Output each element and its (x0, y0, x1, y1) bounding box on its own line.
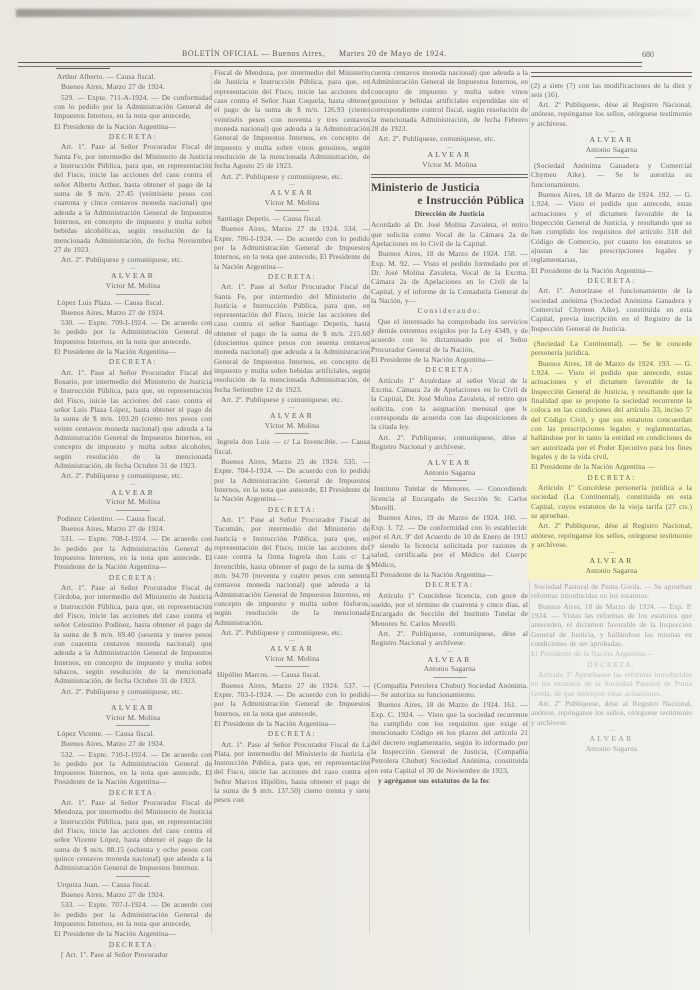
rule-sep (595, 157, 629, 158)
text-paragraph: DECRETA: (531, 276, 692, 285)
text-paragraph: Hipólito Marcos. — Causa fiscal. (214, 670, 370, 679)
text-paragraph: Art. 1º. Pase al Señor Procurador Fiscal… (54, 798, 212, 873)
text-paragraph: Art. 1º. Pase al Señor Procurador Fiscal… (54, 142, 212, 254)
rule-sep (275, 210, 309, 211)
column-2: Fiscal de Mendoza, por intermedio del Mi… (214, 68, 370, 806)
text-paragraph: Art. 1º. Pase al Señor Procurador Fiscal… (214, 740, 370, 805)
text-paragraph: Art. 2º. Publíquese, comuníquese, etc. (371, 134, 528, 143)
signature-name: ALVEAR (371, 655, 528, 665)
text-paragraph: DECRETA: (531, 473, 692, 482)
text-paragraph: Artículo 1º Acuérdase al señor Vocal de … (371, 376, 528, 432)
text-paragraph: DECRETA: (214, 272, 370, 281)
text-paragraph: Que el interesado ha comprobado los serv… (371, 317, 528, 354)
text-paragraph: Art. 2º. Publíquese y comuníquese, etc. (54, 687, 212, 696)
signature-name: ALVEAR (371, 150, 528, 160)
rule-sep (116, 510, 150, 511)
text-paragraph: Art. 1º. Pase al Señor Procurador Fiscal… (54, 583, 212, 686)
text-paragraph: DECRETA: (54, 132, 212, 141)
page-number: 680 (642, 50, 654, 59)
text-paragraph: DECRETA: (371, 580, 528, 589)
text-paragraph: [ Art. 1º. Pase al Señor Procurador (54, 950, 212, 959)
highlighted-entry: (Sociedad La Continental). — Se le conce… (527, 335, 698, 580)
rule-double (371, 174, 528, 179)
signature: —ALVEARVíctor M. Molina (54, 267, 212, 291)
text-paragraph: Buenos Aires, 18 de Marzo de 1924. 193. … (531, 359, 692, 462)
signature-name: ALVEAR (371, 458, 528, 468)
text-paragraph: DECRETA: (214, 729, 370, 738)
text-paragraph: (2) a siete (7) con las modificaciones d… (531, 81, 692, 100)
text-paragraph: Artículo 1º Concédese licencia, con goce… (371, 591, 528, 628)
text-paragraph: Santiago Depetis. — Causa fiscal. (214, 214, 370, 223)
text-paragraph: Art. 1º. Autorízase el funcionamiento de… (531, 286, 692, 333)
rule-sep (116, 725, 150, 726)
text-paragraph: Buenos Aires, Marzo 27 de 1924. 534. — E… (214, 224, 370, 271)
text-paragraph: DECRETA: (54, 788, 212, 797)
text-paragraph: Buenos Aires, 19 de Marzo de 1924. 160. … (371, 513, 528, 569)
signature-secretary: Antonio Sagarna (531, 744, 692, 753)
text-paragraph: Art. 2º Publíquese, dése al Registro Nac… (531, 699, 692, 727)
signature: —ALVEARAntonio Sagarna (531, 551, 692, 575)
rule-sep (433, 480, 467, 481)
text-paragraph: Buenos Aires, Marzo 27 de 1924. (54, 308, 212, 317)
text-paragraph: Acordado al Dr. José Molina Zavaleta, el… (371, 220, 528, 248)
ministry-heading: Ministerio de Justiciae Instrucción Públ… (371, 182, 528, 208)
text-paragraph: Ingrela don Luis — c/ La Invencible. — C… (214, 437, 370, 456)
text-paragraph: DECRETA: (214, 505, 370, 514)
rule-sep (116, 876, 150, 877)
signature-secretary: Víctor M. Molina (54, 281, 212, 290)
signature-name: ALVEAR (214, 411, 370, 421)
text-paragraph: Buenos Aires, Marzo 27 de 1924. (54, 524, 212, 533)
signature: —ALVEARAntonio Sagarna (531, 729, 692, 753)
text-paragraph: Instituto Tutelar de Menores. — Concedie… (371, 484, 528, 512)
text-paragraph: Buenos Aires, Marzo 27 de 1924. (54, 739, 212, 748)
text-paragraph: Considerando: (371, 306, 528, 315)
text-paragraph: El Presidente de la Nación Argentina— (54, 929, 212, 938)
text-paragraph: El Presidente de la Nación Argentina— (214, 719, 370, 728)
signature-name: ALVEAR (54, 703, 212, 713)
signature-secretary: Antonio Sagarna (371, 468, 528, 477)
text-paragraph: Art. 1º. Pase al Señor Procurador Fiscal… (214, 282, 370, 394)
rule-sep (275, 666, 309, 667)
text-paragraph: Art. 2º. Publíquese, comuníquese, dése a… (371, 629, 528, 648)
text-paragraph: Art. 2º. Publíquese y comuníquese, etc. (214, 395, 370, 404)
text-paragraph: El Presidente de la Nación Argentina— (54, 122, 212, 131)
text-paragraph: Podinez Celestino. — Causa fiscal. (54, 514, 212, 523)
text-paragraph: El Presidente de la Nación Argentina— (371, 355, 528, 364)
text-paragraph: DECRETA: (54, 940, 212, 949)
text-paragraph: cuenta centavos moneda nacional) que ade… (371, 68, 528, 133)
text-paragraph: 530. — Expte. 709-I-1924. — De acuerdo c… (54, 318, 212, 346)
text-paragraph: 531. — Expte. 708-I-1924. — De acuerdo c… (54, 534, 212, 571)
gazette-page: BOLETÍN OFICIAL — Buenos Aires,Martes 20… (0, 0, 700, 990)
text-paragraph: Buenos Aires, 18 de Marzo de 1924. 192. … (531, 190, 692, 265)
signature: —ALVEARVíctor M. Molina (214, 639, 370, 663)
text-paragraph: Art. 2º. Publíquese y comuníquese, etc. (54, 255, 212, 264)
text-paragraph: DECRETA: (371, 365, 528, 374)
ministry-heading-line: Ministerio de Justicia (371, 182, 528, 195)
text-paragraph: Urquiza Juan. — Causa fiscal. (54, 880, 212, 889)
rule-sep (275, 433, 309, 434)
text-paragraph: Art. 1º. Pase al Señor Procurador Fiscal… (214, 515, 370, 627)
text-paragraph: DECRETA: (54, 573, 212, 582)
text-paragraph: Artículo 1º Concédese personería jurídic… (531, 483, 692, 520)
text-paragraph: Buenos Aires, Marzo 27 de 1924. (54, 82, 212, 91)
signature-name: ALVEAR (531, 135, 692, 145)
text-paragraph: (Compañía Petrolera Chubut) Sociedad Anó… (371, 681, 528, 700)
signature-secretary: Antonio Sagarna (531, 566, 692, 575)
text-paragraph: El Presidente de la Nación Argentina — (531, 462, 692, 471)
text-paragraph: DECRETA: (531, 660, 692, 669)
signature-name: ALVEAR (531, 734, 692, 744)
signature-name: ALVEAR (54, 488, 212, 498)
signature-secretary: Antonio Sagarna (371, 664, 528, 673)
text-paragraph: 529. — Expte. 711-A-1924. — De conformid… (54, 93, 212, 121)
text-paragraph: El Presidente de la Nación Argentina— (531, 649, 692, 658)
text-paragraph: DECRETA: (54, 357, 212, 366)
signature-name: ALVEAR (214, 644, 370, 654)
signature: —ALVEARVíctor M. Molina (54, 483, 212, 507)
signature: —ALVEARVíctor M. Molina (54, 698, 212, 722)
text-paragraph: Buenos Aires, 18 de Marzo de 1924. — Exp… (531, 602, 692, 649)
scan-artifact-band (16, 9, 694, 17)
text-paragraph: Buenos Aires, 18 de Marzo de 1924. 158. … (371, 249, 528, 305)
signature: —ALVEARAntonio Sagarna (371, 650, 528, 674)
signature-secretary: Víctor M. Molina (214, 421, 370, 430)
text-paragraph: Art. 2º. Publíquese y comuníquese, etc. (214, 628, 370, 637)
text-paragraph: y agréganse sus estatutos de la fec (371, 776, 528, 785)
rule-double (531, 72, 692, 77)
text-paragraph: Buenos Aires, Marzo 25 de 1924. 535. — E… (214, 457, 370, 504)
masthead-date: Martes 20 de Mayo de 1924. (339, 49, 447, 58)
text-paragraph: El Presidente de la Nación Argentina— (371, 570, 528, 579)
text-paragraph: Arthur Alberto. — Causa fiscal. (54, 72, 212, 81)
signature: —ALVEARVíctor M. Molina (214, 183, 370, 207)
signature-name: ALVEAR (531, 556, 692, 566)
signature-name: ALVEAR (214, 188, 370, 198)
text-paragraph: Art. 2º Publíquese, dése al Registro Nac… (531, 521, 692, 549)
column-3: cuenta centavos moneda nacional) que ade… (371, 68, 528, 786)
signature-secretary: Víctor M. Molina (214, 654, 370, 663)
signature: —ALVEARAntonio Sagarna (371, 453, 528, 477)
text-paragraph: López Luis Plaza. — Causa fiscal. (54, 298, 212, 307)
text-paragraph: Art. 1º. Pase al Señor Procurador Fiscal… (54, 368, 212, 471)
signature: —ALVEARVíctor M. Molina (214, 406, 370, 430)
text-paragraph: Buenos Aires, 18 de Marzo de 1924. 161. … (371, 700, 528, 775)
column-1: Arthur Alberto. — Causa fiscal.Buenos Ai… (54, 68, 212, 960)
text-paragraph: Art. 2º. Publíquese y comuníquese, etc. (54, 471, 212, 480)
text-paragraph: El Presidente de la Nación Argentina— (531, 266, 692, 275)
signature-secretary: Víctor M. Molina (371, 160, 528, 169)
ministry-heading-line: e Instrucción Pública (371, 195, 528, 208)
text-paragraph: 532. — Expte. 710-I-1924. — De acuerdo c… (54, 750, 212, 787)
signature: —ALVEARAntonio Sagarna (531, 130, 692, 154)
rule-sep (116, 294, 150, 295)
text-paragraph: Artículo 1º Apruébanse las reformas intr… (531, 670, 692, 698)
rule-short (56, 68, 110, 69)
text-paragraph: López Vicente. — Causa fiscal. (54, 729, 212, 738)
text-paragraph: Buenos Aires, Marzo 27 de 1924. 537. — E… (214, 681, 370, 718)
header-rule (18, 62, 642, 67)
signature-secretary: Víctor M. Molina (54, 713, 212, 722)
text-paragraph: Fiscal de Mendoza, por intermedio del Mi… (214, 68, 370, 171)
text-paragraph: Art. 2º. Publíquese, comuníquese, dése a… (371, 433, 528, 452)
text-paragraph: Art. 2º. Publíquese y comuníquese, etc. (214, 172, 370, 181)
text-paragraph: Art. 2º Publíquese, dése al Registro Nac… (531, 100, 692, 128)
signature-secretary: Víctor M. Molina (214, 198, 370, 207)
signature-secretary: Antonio Sagarna (531, 145, 692, 154)
signature-secretary: Víctor M. Molina (54, 497, 212, 506)
signature: —ALVEARVíctor M. Molina (371, 146, 528, 170)
column-4: (2) a siete (7) con las modificaciones d… (531, 68, 692, 756)
masthead: BOLETÍN OFICIAL — Buenos Aires,Martes 20… (182, 49, 542, 58)
direction-subheading: Dirección de Justicia (371, 209, 528, 219)
text-paragraph: (Sociedad Anónima Ganadera y Comercial C… (531, 161, 692, 189)
rule-sep (433, 677, 467, 678)
text-paragraph: (Sociedad La Continental). — Se le conce… (531, 339, 692, 358)
text-paragraph: Buenos Aires, Marzo 27 de 1924. (54, 890, 212, 899)
text-paragraph: 533. — Expte. 707-I-1924. — De acuerdo c… (54, 900, 212, 928)
signature-name: ALVEAR (54, 271, 212, 281)
text-paragraph: Sociedad Pastoral de Punta Gorda. — Se a… (531, 582, 692, 601)
masthead-title: BOLETÍN OFICIAL — Buenos Aires, (182, 49, 325, 58)
text-paragraph: El Presidente de la Nación Argentina— (54, 347, 212, 356)
